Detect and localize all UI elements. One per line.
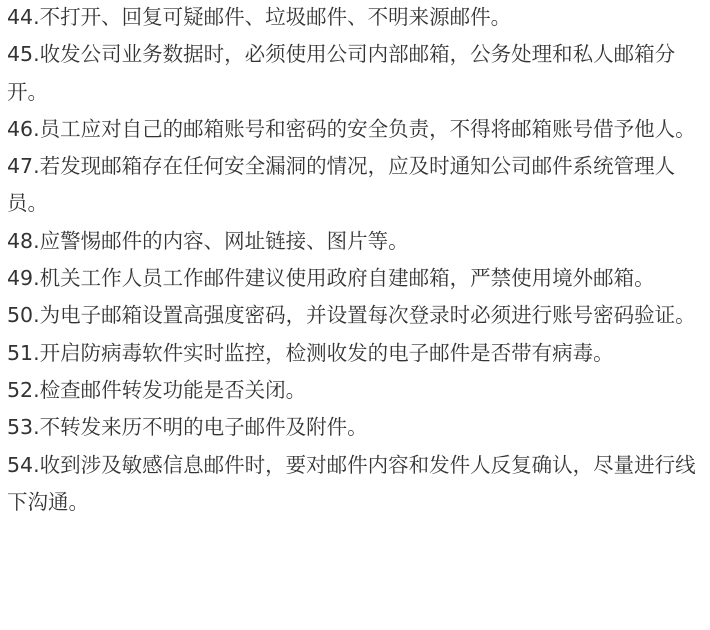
guideline-item-44: 44.不打开、回复可疑邮件、垃圾邮件、不明来源邮件。 [7, 0, 703, 36]
guideline-item-51: 51.开启防病毒软件实时监控，检测收发的电子邮件是否带有病毒。 [7, 335, 703, 372]
email-security-guidelines: 44.不打开、回复可疑邮件、垃圾邮件、不明来源邮件。 45.收发公司业务数据时，… [0, 0, 703, 521]
guideline-item-48: 48.应警惕邮件的内容、网址链接、图片等。 [7, 223, 703, 260]
guideline-item-49: 49.机关工作人员工作邮件建议使用政府自建邮箱，严禁使用境外邮箱。 [7, 260, 703, 297]
guideline-item-54: 54.收到涉及敏感信息邮件时，要对邮件内容和发件人反复确认，尽量进行线下沟通。 [7, 447, 703, 522]
guideline-item-45: 45.收发公司业务数据时，必须使用公司内部邮箱，公务处理和私人邮箱分开。 [7, 36, 703, 111]
guideline-item-52: 52.检查邮件转发功能是否关闭。 [7, 372, 703, 409]
guideline-item-50: 50.为电子邮箱设置高强度密码，并设置每次登录时必须进行账号密码验证。 [7, 297, 703, 334]
guideline-item-53: 53.不转发来历不明的电子邮件及附件。 [7, 409, 703, 446]
guideline-item-47: 47.若发现邮箱存在任何安全漏洞的情况，应及时通知公司邮件系统管理人员。 [7, 148, 703, 223]
guideline-item-46: 46.员工应对自己的邮箱账号和密码的安全负责，不得将邮箱账号借予他人。 [7, 111, 703, 148]
